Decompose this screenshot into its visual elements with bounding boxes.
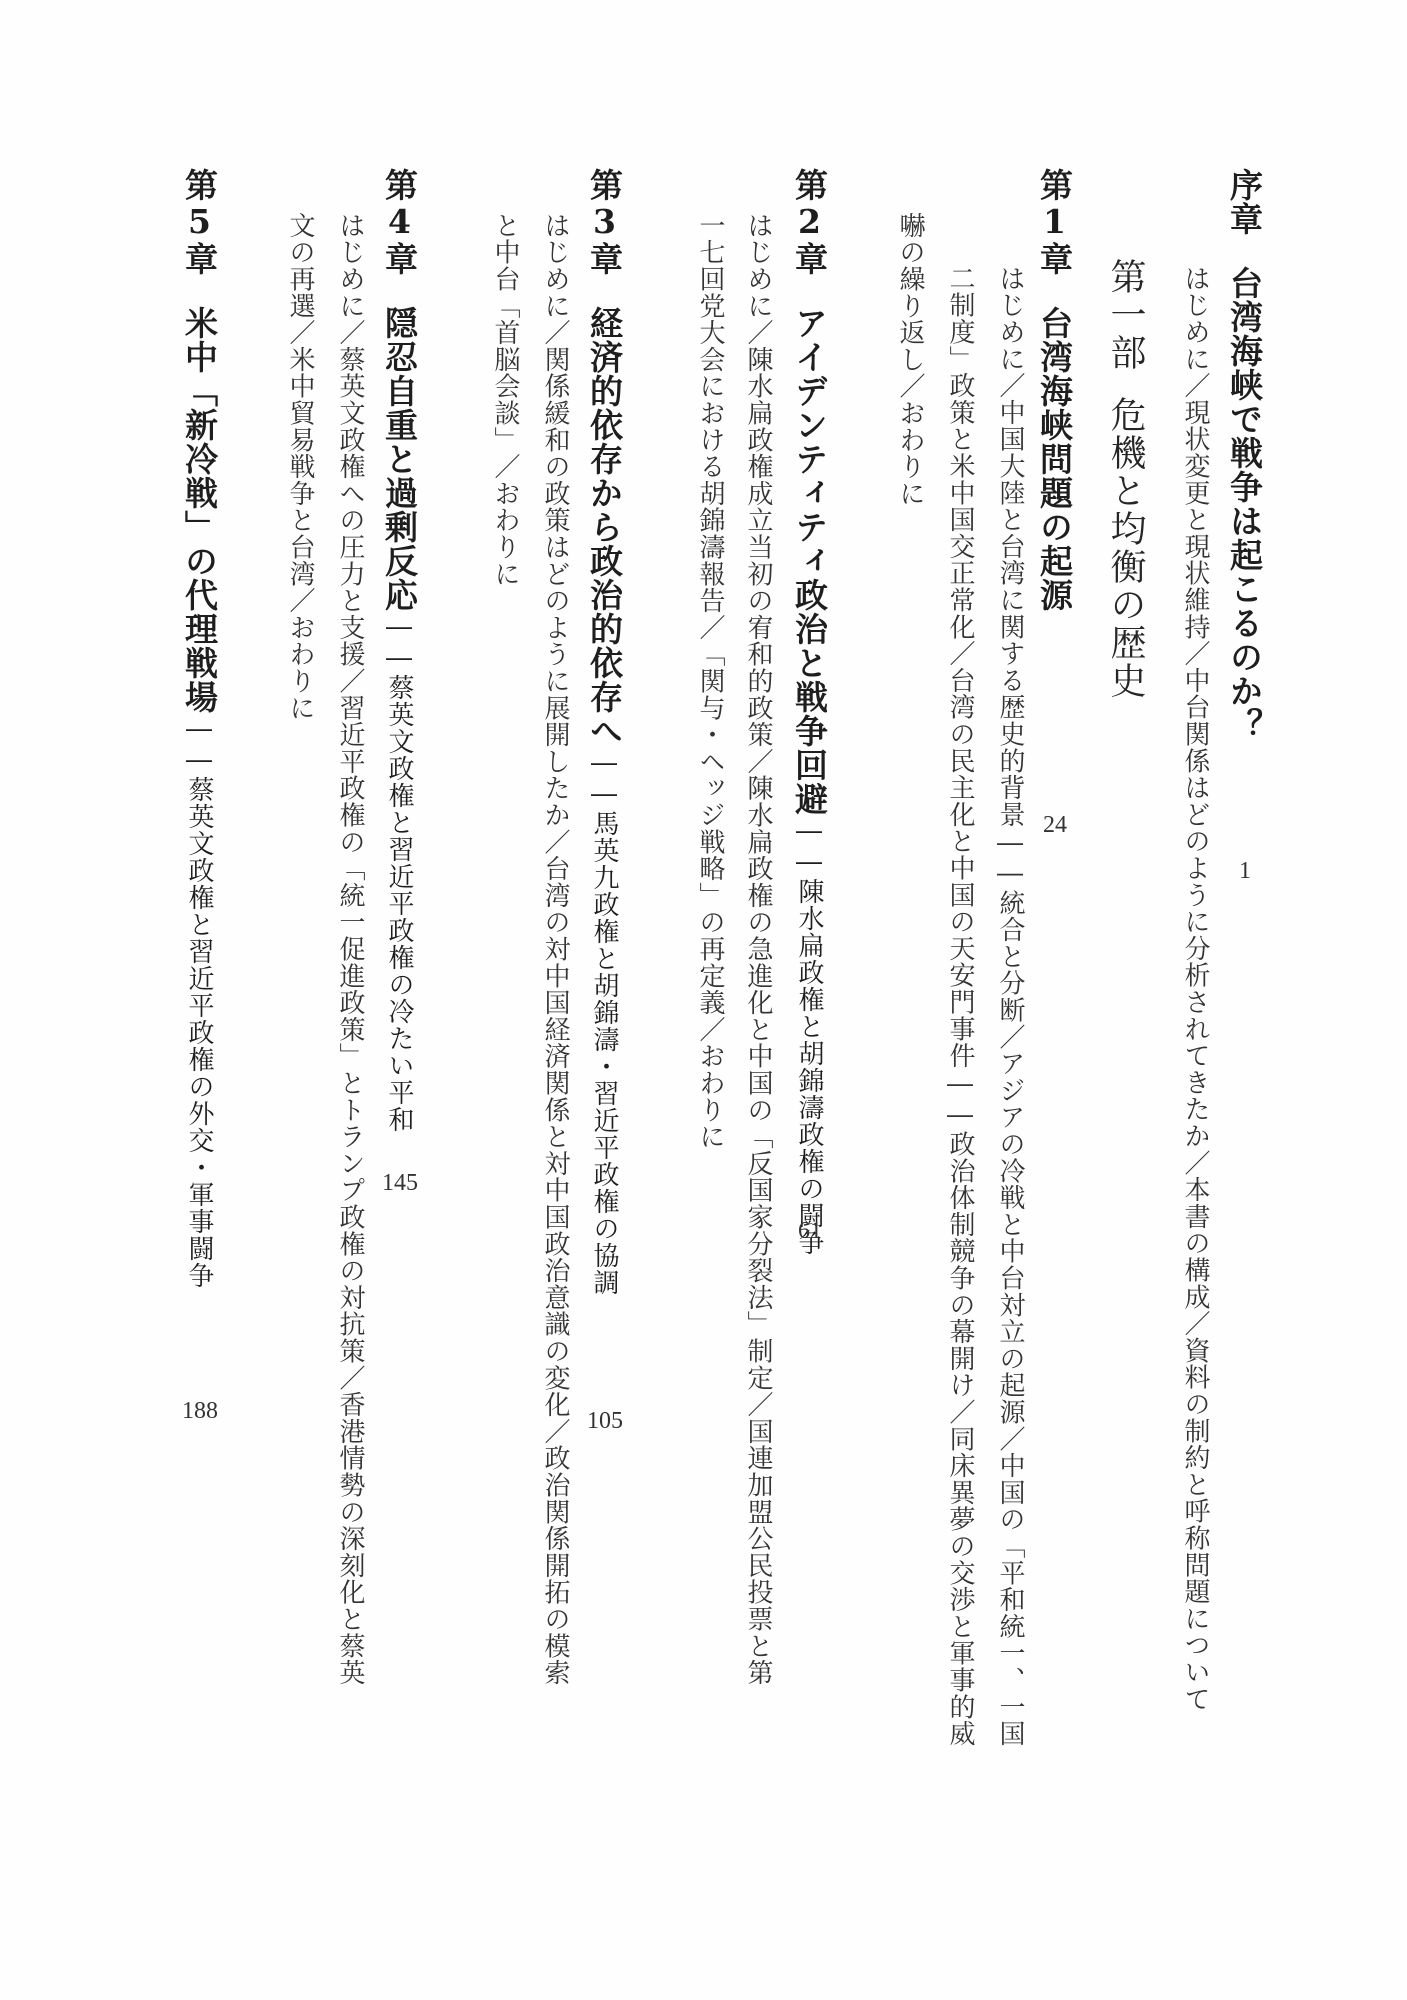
- chapter-4-subtitle: ――蔡英文政権と習近平政権の冷たい平和: [384, 612, 414, 1133]
- chapter-3-title: 経済的依存から政治的依存へ: [585, 306, 624, 748]
- chapter-4-heading: 第4章隠忍自重と過剰反応――蔡英文政権と習近平政権の冷たい平和: [383, 168, 416, 1133]
- chapter-5-subtitle: ――蔡英文政権と習近平政権の外交・軍事闘争: [184, 714, 214, 1289]
- chapter-2-subtitle: ――陳水扁政権と胡錦濤政権の闘争: [794, 816, 824, 1256]
- chapter-3-subtitle: ――馬英九政権と胡錦濤・習近平政権の協調: [589, 748, 619, 1296]
- chapter-1-sections-line-3: 嚇の繰り返し／おわりに: [897, 212, 923, 507]
- chapter-4-page-number: 145: [382, 1170, 418, 1197]
- chapter-3-sections-line-1: はじめに／関係緩和の政策はどのように展開したか／台湾の対中国経済関係と対中国政治…: [542, 212, 568, 1686]
- part1-heading: 第一部危機と均衡の歴史: [1107, 258, 1143, 700]
- chapter-4-label: 第4章: [380, 168, 419, 276]
- part1-label: 第一部: [1105, 258, 1146, 372]
- chapter-2-sections-line-1: はじめに／陳水扁政権成立当初の宥和的政策／陳水扁政権の急進化と中国の「反国家分裂…: [745, 212, 771, 1686]
- chapter-1-sections-line-1: はじめに／中国大陸と台湾に関する歴史的背景――統合と分断／アジアの冷戦と中台対立…: [997, 265, 1023, 1747]
- chapter-4-sections-line-2: 文の再選／米中貿易戦争と台湾／おわりに: [287, 212, 313, 721]
- chapter-1-label: 第1章: [1035, 168, 1074, 276]
- chapter-5-heading: 第5章米中「新冷戦」の代理戦場――蔡英文政権と習近平政権の外交・軍事闘争: [183, 168, 216, 1289]
- chapter-3-label: 第3章: [585, 168, 624, 276]
- chapter-5-title: 米中「新冷戦」の代理戦場: [180, 306, 219, 714]
- chapter-3-page-number: 105: [587, 1408, 623, 1435]
- chapter-4-title: 隠忍自重と過剰反応: [380, 306, 419, 612]
- chapter-2-title: アイデンティティ政治と戦争回避: [790, 306, 829, 816]
- intro-label: 序章: [1225, 168, 1264, 236]
- chapter-1-sections-line-2: 二制度」政策と米中国交正常化／台湾の民主化と中国の天安門事件――政治体制競争の幕…: [947, 265, 973, 1747]
- intro-heading: 序章台湾海峡で戦争は起こるのか？: [1228, 168, 1261, 742]
- intro-title: 台湾海峡で戦争は起こるのか？: [1225, 266, 1264, 742]
- chapter-2-heading: 第2章アイデンティティ政治と戦争回避――陳水扁政権と胡錦濤政権の闘争: [793, 168, 826, 1256]
- part1-title: 危機と均衡の歴史: [1105, 396, 1146, 700]
- chapter-2-sections-line-2: 一七回党大会における胡錦濤報告／「関与・ヘッジ戦略」の再定義／おわりに: [697, 212, 723, 1150]
- intro-page-number: 1: [1239, 858, 1251, 885]
- chapter-5-page-number: 188: [182, 1398, 218, 1425]
- chapter-3-heading: 第3章経済的依存から政治的依存へ――馬英九政権と胡錦濤・習近平政権の協調: [588, 168, 621, 1296]
- intro-sections: はじめに／現状変更と現状維持／中台関係はどのように分析されてきたか／本書の構成／…: [1182, 265, 1208, 1712]
- chapter-2-label: 第2章: [790, 168, 829, 276]
- chapter-1-title: 台湾海峡問題の起源: [1035, 306, 1074, 612]
- toc-page: 序章台湾海峡で戦争は起こるのか？ 1 はじめに／現状変更と現状維持／中台関係はど…: [0, 0, 1407, 2000]
- chapter-2-page-number: 61: [798, 1218, 822, 1245]
- chapter-1-page-number: 24: [1043, 812, 1067, 839]
- chapter-5-label: 第5章: [180, 168, 219, 276]
- chapter-3-sections-line-2: と中台「首脳会談」／おわりに: [492, 212, 518, 587]
- chapter-1-heading: 第1章台湾海峡問題の起源: [1038, 168, 1071, 612]
- chapter-4-sections-line-1: はじめに／蔡英文政権への圧力と支援／習近平政権の「統一促進政策」とトランプ政権の…: [337, 212, 363, 1686]
